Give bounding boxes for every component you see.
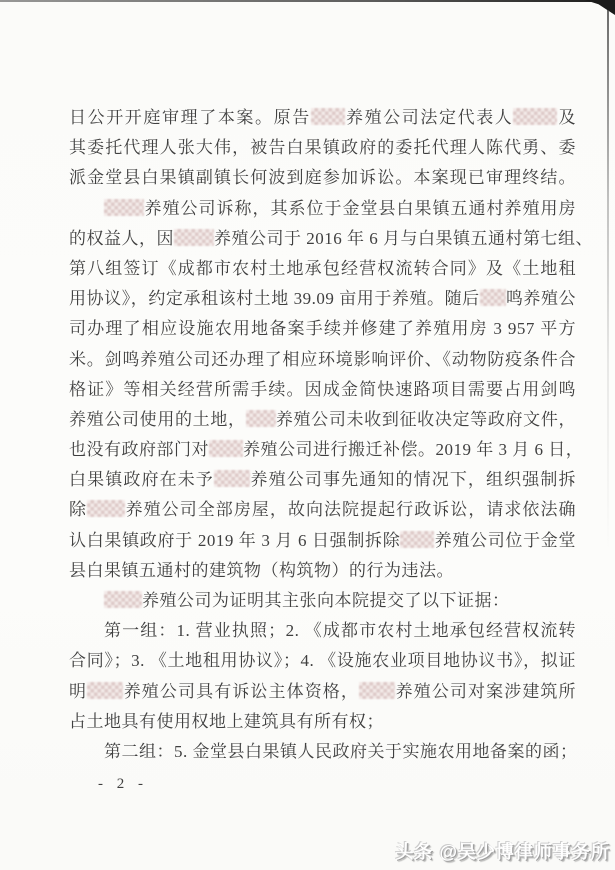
text-segment: 养殖公司事先通知的情况下，组织强制拆 [250, 470, 576, 489]
text-segment: 县白果镇五通村的建筑物（构筑物）的行为违法。 [69, 561, 454, 580]
text-line: 县白果镇五通村的建筑物（构筑物）的行为违法。 [69, 556, 576, 586]
text-line: 养殖公司使用的土地，养殖公司未收到征收决定等政府文件， [69, 405, 576, 435]
text-segment: 养殖公司为证明其主张向本院提交了以下证据： [142, 591, 510, 610]
text-segment: 白果镇政府在未予 [69, 470, 214, 489]
text-segment: 养殖公司对案涉建筑所 [395, 682, 576, 701]
text-segment: 养殖公司使用的土地， [69, 410, 246, 429]
text-segment: 的权益人，因 [69, 229, 174, 248]
text-line: 养殖公司诉称，其系位于金堂县白果镇五通村养殖用房 [69, 194, 576, 224]
text-segment: 第八组签订《成都市农村土地承包经营权流转合同》及《土地租 [69, 259, 576, 278]
text-line: 司办理了相应设施农用地备案手续并修建了养殖用房 3 957 平方 [69, 314, 576, 344]
redaction-block [400, 531, 434, 548]
redaction-block [104, 591, 142, 608]
redaction-block [174, 229, 214, 246]
page-number: - 2 - [98, 776, 148, 793]
redaction-block [311, 108, 345, 125]
text-segment: 及 [557, 108, 576, 127]
text-segment: 派金堂县白果镇副镇长何波到庭参加诉讼。本案现已审理终结。 [69, 168, 576, 187]
text-line: 的权益人，因养殖公司于 2016 年 6 月与白果镇五通村第七组、 [69, 224, 576, 254]
text-line: 其委托代理人张大伟，被告白果镇政府的委托代理人陈代勇、委 [69, 133, 576, 163]
text-line: 白果镇政府在未予养殖公司事先通知的情况下，组织强制拆 [69, 465, 576, 495]
scan-corner-curl-artifact [585, 0, 615, 15]
redaction-block [104, 199, 144, 216]
text-line: 用协议》，约定承租该村土地 39.09 亩用于养殖。随后鸣养殖公 [69, 284, 576, 314]
text-segment: 也没有政府部门对 [69, 440, 209, 459]
text-segment: 合同》；3. 《土地租用协议》；4. 《设施农业项目地协议书》，拟证 [69, 651, 576, 670]
text-segment: 其委托代理人张大伟，被告白果镇政府的委托代理人陈代勇、委 [69, 138, 576, 157]
text-line: 第八组签订《成都市农村土地承包经营权流转合同》及《土地租 [69, 254, 576, 284]
text-segment: 养殖公司诉称，其系位于金堂县白果镇五通村养殖用房 [144, 199, 576, 218]
text-line: 占土地具有使用权地上建筑具有所有权； [69, 707, 576, 737]
redaction-block [87, 500, 125, 517]
text-line: 除养殖公司全部房屋，故向法院提起行政诉讼，请求依法确 [69, 495, 576, 525]
text-segment: 司办理了相应设施农用地备案手续并修建了养殖用房 3 957 平方 [69, 319, 576, 338]
redaction-block [480, 289, 506, 306]
redaction-block [214, 470, 250, 487]
text-segment: 日公开开庭审理了本案。原告 [69, 108, 311, 127]
text-segment: 米。剑鸣养殖公司还办理了相应环境影响评价、《动物防疫条件合 [69, 350, 576, 369]
scan-right-edge-line-artifact [607, 10, 609, 550]
text-segment: 第二组：5. 金堂县白果镇人民政府关于实施农用地备案的函； [104, 742, 578, 761]
text-segment: 养殖公司于 2016 年 6 月与白果镇五通村第七组、 [214, 229, 593, 248]
text-segment: 明 [69, 682, 87, 701]
text-segment: 养殖公司位于金堂 [434, 531, 576, 550]
text-line: 派金堂县白果镇副镇长何波到庭参加诉讼。本案现已审理终结。 [69, 163, 576, 193]
redaction-block [359, 682, 395, 699]
scanned-document-page: 日公开开庭审理了本案。原告养殖公司法定代表人及其委托代理人张大伟，被告白果镇政府… [0, 0, 615, 870]
text-segment: 用协议》，约定承租该村土地 39.09 亩用于养殖。随后 [69, 289, 480, 308]
text-segment: 格证》等相关经营所需手续。因成金简快速路项目需要占用剑鸣 [69, 380, 576, 399]
text-segment: 第一组：1. 营业执照；2. 《成都市农村土地承包经营权流转 [104, 621, 576, 640]
text-segment: 除 [69, 500, 87, 519]
text-segment: 养殖公司未收到征收决定等政府文件， [276, 410, 576, 429]
redaction-block [87, 682, 123, 699]
text-segment: 占土地具有使用权地上建筑具有所有权； [69, 712, 384, 731]
text-line: 日公开开庭审理了本案。原告养殖公司法定代表人及 [69, 103, 576, 133]
text-line: 格证》等相关经营所需手续。因成金简快速路项目需要占用剑鸣 [69, 375, 576, 405]
text-segment: 养殖公司全部房屋，故向法院提起行政诉讼，请求依法确 [125, 500, 576, 519]
text-line: 米。剑鸣养殖公司还办理了相应环境影响评价、《动物防疫条件合 [69, 345, 576, 375]
redaction-block [246, 410, 276, 427]
document-body: 日公开开庭审理了本案。原告养殖公司法定代表人及其委托代理人张大伟，被告白果镇政府… [69, 103, 576, 767]
text-line: 养殖公司为证明其主张向本院提交了以下证据： [69, 586, 576, 616]
text-line: 也没有政府部门对养殖公司进行搬迁补偿。2019 年 3 月 6 日， [69, 435, 576, 465]
redaction-block [513, 108, 557, 125]
text-line: 合同》；3. 《土地租用协议》；4. 《设施农业项目地协议书》，拟证 [69, 646, 576, 676]
text-segment: 养殖公司进行搬迁补偿。2019 年 3 月 6 日， [243, 440, 583, 459]
text-line: 第二组：5. 金堂县白果镇人民政府关于实施农用地备案的函； [69, 737, 576, 767]
text-segment: 认白果镇政府于 2019 年 3 月 6 日强制拆除 [69, 531, 400, 550]
text-line: 明养殖公司具有诉讼主体资格，养殖公司对案涉建筑所 [69, 677, 576, 707]
text-line: 第一组：1. 营业执照；2. 《成都市农村土地承包经营权流转 [69, 616, 576, 646]
watermark-text: 头条 @吴少博律师事务所 [395, 838, 610, 864]
text-segment: 养殖公司法定代表人 [345, 108, 514, 127]
text-segment: 养殖公司具有诉讼主体资格， [123, 682, 359, 701]
redaction-block [209, 440, 243, 457]
text-segment: 鸣养殖公 [506, 289, 576, 308]
text-line: 认白果镇政府于 2019 年 3 月 6 日强制拆除养殖公司位于金堂 [69, 526, 576, 556]
scan-top-edge-artifact [0, 0, 615, 2]
